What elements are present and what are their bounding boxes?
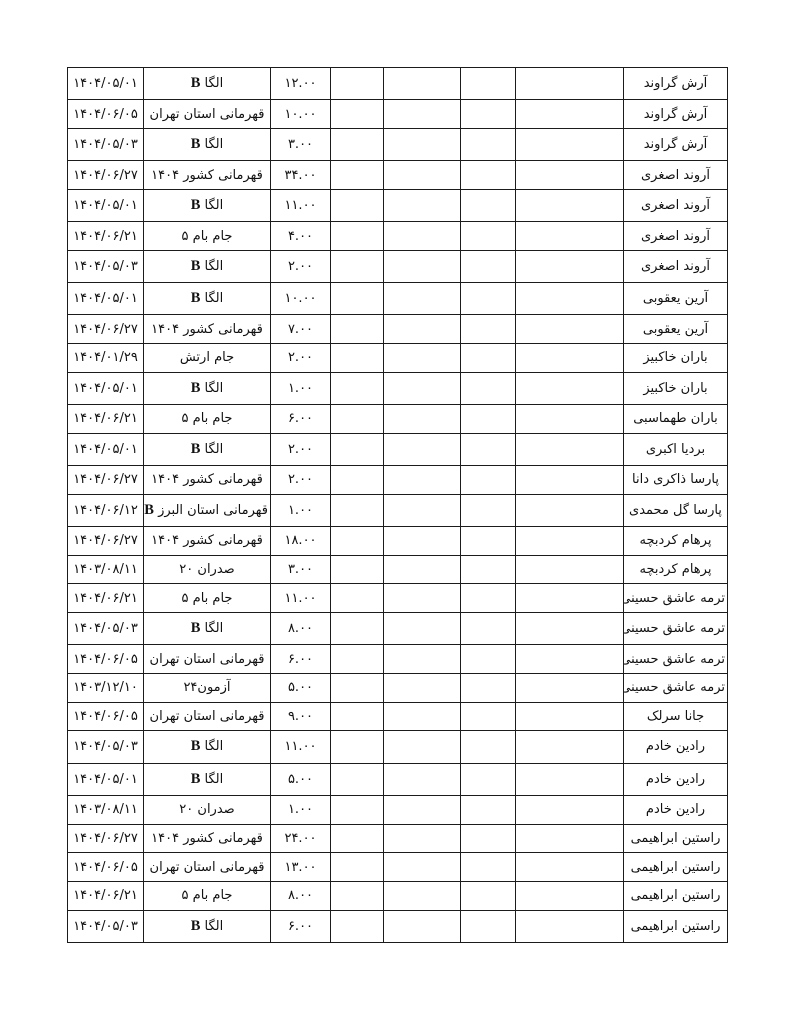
empty-cell bbox=[384, 189, 461, 221]
empty-cell bbox=[461, 613, 516, 645]
score-cell: ۸.۰۰ bbox=[271, 881, 331, 910]
empty-cell bbox=[461, 161, 516, 190]
date-cell: ۱۴۰۴/۰۶/۲۷ bbox=[68, 526, 144, 555]
empty-cell bbox=[461, 910, 516, 942]
score-cell: ۱۳.۰۰ bbox=[271, 853, 331, 882]
empty-cell bbox=[331, 613, 384, 645]
empty-cell bbox=[461, 494, 516, 526]
empty-cell bbox=[516, 645, 624, 674]
empty-cell bbox=[331, 344, 384, 373]
empty-cell bbox=[384, 433, 461, 465]
empty-cell bbox=[384, 555, 461, 584]
empty-cell bbox=[331, 494, 384, 526]
table-row: ۱۴۰۴/۰۶/۲۱جام بام ۵۶.۰۰باران طهماسبی bbox=[68, 405, 728, 434]
empty-cell bbox=[461, 824, 516, 853]
date-cell: ۱۴۰۴/۰۶/۰۵ bbox=[68, 645, 144, 674]
empty-cell bbox=[331, 555, 384, 584]
name-cell: رادین خادم bbox=[624, 763, 728, 795]
empty-cell bbox=[384, 763, 461, 795]
empty-cell bbox=[384, 824, 461, 853]
event-cell: جام بام ۵ bbox=[144, 222, 271, 251]
empty-cell bbox=[331, 795, 384, 824]
empty-cell bbox=[516, 853, 624, 882]
empty-cell bbox=[331, 881, 384, 910]
score-cell: ۷.۰۰ bbox=[271, 315, 331, 344]
empty-cell bbox=[516, 881, 624, 910]
score-cell: ۳.۰۰ bbox=[271, 128, 331, 160]
event-cell: صدران ۲۰ bbox=[144, 795, 271, 824]
table-row: ۱۴۰۴/۰۶/۲۱جام بام ۵۴.۰۰آروند اصغری bbox=[68, 222, 728, 251]
name-cell: راستین ابراهیمی bbox=[624, 881, 728, 910]
empty-cell bbox=[384, 910, 461, 942]
empty-cell bbox=[331, 853, 384, 882]
empty-cell bbox=[384, 673, 461, 702]
name-cell: آروند اصغری bbox=[624, 250, 728, 282]
table-row: ۱۴۰۴/۰۵/۰۱الگا B۱.۰۰باران خاکبیز bbox=[68, 372, 728, 404]
score-cell: ۱۱.۰۰ bbox=[271, 584, 331, 613]
empty-cell bbox=[461, 526, 516, 555]
score-cell: ۱.۰۰ bbox=[271, 494, 331, 526]
latin-grade-letter: B bbox=[191, 771, 201, 787]
empty-cell bbox=[516, 372, 624, 404]
name-cell: پرهام کردبچه bbox=[624, 555, 728, 584]
empty-cell bbox=[461, 881, 516, 910]
name-cell: باران خاکبیز bbox=[624, 344, 728, 373]
empty-cell bbox=[516, 910, 624, 942]
empty-cell bbox=[516, 433, 624, 465]
empty-cell bbox=[516, 100, 624, 129]
empty-cell bbox=[461, 68, 516, 100]
table-row: ۱۴۰۴/۰۵/۰۱الگا B۵.۰۰رادین خادم bbox=[68, 763, 728, 795]
empty-cell bbox=[461, 702, 516, 731]
empty-cell bbox=[516, 763, 624, 795]
table-row: ۱۴۰۴/۰۵/۰۳الگا B۶.۰۰راستین ابراهیمی bbox=[68, 910, 728, 942]
empty-cell bbox=[331, 100, 384, 129]
date-cell: ۱۴۰۴/۰۵/۰۱ bbox=[68, 763, 144, 795]
event-cell: الگا B bbox=[144, 250, 271, 282]
document-page: ۱۴۰۴/۰۵/۰۱الگا B۱۲.۰۰آرش گراوند۱۴۰۴/۰۶/۰… bbox=[0, 0, 791, 1024]
score-cell: ۱۸.۰۰ bbox=[271, 526, 331, 555]
empty-cell bbox=[384, 68, 461, 100]
empty-cell bbox=[384, 526, 461, 555]
latin-grade-letter: B bbox=[191, 380, 201, 396]
empty-cell bbox=[331, 824, 384, 853]
event-cell: قهرمانی کشور ۱۴۰۴ bbox=[144, 465, 271, 494]
score-cell: ۶.۰۰ bbox=[271, 645, 331, 674]
name-cell: آرش گراوند bbox=[624, 128, 728, 160]
date-cell: ۱۴۰۴/۰۶/۰۵ bbox=[68, 853, 144, 882]
empty-cell bbox=[461, 128, 516, 160]
empty-cell bbox=[331, 128, 384, 160]
empty-cell bbox=[384, 405, 461, 434]
name-cell: راستین ابراهیمی bbox=[624, 853, 728, 882]
empty-cell bbox=[384, 795, 461, 824]
table-row: ۱۴۰۴/۰۶/۲۷قهرمانی کشور ۱۴۰۴۲۴.۰۰راستین ا… bbox=[68, 824, 728, 853]
empty-cell bbox=[384, 161, 461, 190]
empty-cell bbox=[384, 100, 461, 129]
empty-cell bbox=[461, 372, 516, 404]
table-row: ۱۴۰۴/۰۵/۰۱الگا B۱۱.۰۰آروند اصغری bbox=[68, 189, 728, 221]
date-cell: ۱۴۰۴/۰۵/۰۳ bbox=[68, 910, 144, 942]
empty-cell bbox=[331, 584, 384, 613]
empty-cell bbox=[516, 128, 624, 160]
empty-cell bbox=[331, 645, 384, 674]
empty-cell bbox=[516, 283, 624, 315]
event-cell: الگا B bbox=[144, 910, 271, 942]
table-row: ۱۴۰۴/۰۵/۰۳الگا B۱۱.۰۰رادین خادم bbox=[68, 731, 728, 763]
empty-cell bbox=[461, 222, 516, 251]
table-row: ۱۴۰۴/۰۱/۲۹جام ارتش۲.۰۰باران خاکبیز bbox=[68, 344, 728, 373]
empty-cell bbox=[384, 315, 461, 344]
empty-cell bbox=[516, 613, 624, 645]
name-cell: پارسا گل محمدی bbox=[624, 494, 728, 526]
name-cell: آرین یعقوبی bbox=[624, 315, 728, 344]
event-cell: الگا B bbox=[144, 283, 271, 315]
empty-cell bbox=[331, 731, 384, 763]
empty-cell bbox=[461, 645, 516, 674]
empty-cell bbox=[331, 433, 384, 465]
empty-cell bbox=[384, 613, 461, 645]
empty-cell bbox=[331, 372, 384, 404]
date-cell: ۱۴۰۴/۰۶/۲۱ bbox=[68, 584, 144, 613]
event-cell: الگا B bbox=[144, 433, 271, 465]
name-cell: آروند اصغری bbox=[624, 161, 728, 190]
table-row: ۱۴۰۴/۰۶/۰۵قهرمانی استان تهران۱۳.۰۰راستین… bbox=[68, 853, 728, 882]
table-row: ۱۴۰۴/۰۵/۰۳الگا B۲.۰۰آروند اصغری bbox=[68, 250, 728, 282]
event-cell: قهرمانی استان البرز B bbox=[144, 494, 271, 526]
latin-grade-letter: B bbox=[191, 197, 201, 213]
empty-cell bbox=[461, 763, 516, 795]
score-cell: ۲.۰۰ bbox=[271, 465, 331, 494]
date-cell: ۱۴۰۴/۰۶/۲۷ bbox=[68, 315, 144, 344]
event-cell: الگا B bbox=[144, 68, 271, 100]
table-row: ۱۴۰۴/۰۶/۲۷قهرمانی کشور ۱۴۰۴۲.۰۰پارسا ذاک… bbox=[68, 465, 728, 494]
latin-grade-letter: B bbox=[191, 75, 201, 91]
date-cell: ۱۴۰۴/۰۵/۰۱ bbox=[68, 433, 144, 465]
results-table: ۱۴۰۴/۰۵/۰۱الگا B۱۲.۰۰آرش گراوند۱۴۰۴/۰۶/۰… bbox=[67, 67, 728, 943]
event-cell: قهرمانی کشور ۱۴۰۴ bbox=[144, 315, 271, 344]
score-cell: ۶.۰۰ bbox=[271, 910, 331, 942]
event-cell: الگا B bbox=[144, 128, 271, 160]
name-cell: آرش گراوند bbox=[624, 100, 728, 129]
date-cell: ۱۴۰۴/۰۶/۲۱ bbox=[68, 222, 144, 251]
empty-cell bbox=[461, 673, 516, 702]
empty-cell bbox=[516, 824, 624, 853]
date-cell: ۱۴۰۴/۰۶/۲۱ bbox=[68, 881, 144, 910]
event-cell: الگا B bbox=[144, 731, 271, 763]
empty-cell bbox=[461, 584, 516, 613]
name-cell: جانا سرلک bbox=[624, 702, 728, 731]
score-cell: ۲.۰۰ bbox=[271, 344, 331, 373]
event-cell: الگا B bbox=[144, 763, 271, 795]
empty-cell bbox=[516, 702, 624, 731]
empty-cell bbox=[384, 344, 461, 373]
empty-cell bbox=[516, 584, 624, 613]
date-cell: ۱۴۰۴/۰۶/۲۷ bbox=[68, 161, 144, 190]
table-row: ۱۴۰۳/۰۸/۱۱صدران ۲۰۳.۰۰پرهام کردبچه bbox=[68, 555, 728, 584]
date-cell: ۱۴۰۳/۰۸/۱۱ bbox=[68, 795, 144, 824]
event-cell: قهرمانی استان تهران bbox=[144, 853, 271, 882]
empty-cell bbox=[461, 465, 516, 494]
table-row: ۱۴۰۴/۰۵/۰۱الگا B۲.۰۰بردیا اکبری bbox=[68, 433, 728, 465]
empty-cell bbox=[331, 161, 384, 190]
score-cell: ۱۰.۰۰ bbox=[271, 283, 331, 315]
empty-cell bbox=[331, 763, 384, 795]
event-cell: قهرمانی کشور ۱۴۰۴ bbox=[144, 824, 271, 853]
date-cell: ۱۴۰۴/۰۶/۰۵ bbox=[68, 100, 144, 129]
name-cell: آرین یعقوبی bbox=[624, 283, 728, 315]
empty-cell bbox=[516, 161, 624, 190]
event-cell: قهرمانی استان تهران bbox=[144, 702, 271, 731]
date-cell: ۱۴۰۴/۰۵/۰۱ bbox=[68, 189, 144, 221]
empty-cell bbox=[384, 731, 461, 763]
empty-cell bbox=[516, 189, 624, 221]
event-cell: الگا B bbox=[144, 613, 271, 645]
empty-cell bbox=[331, 673, 384, 702]
event-cell: قهرمانی استان تهران bbox=[144, 100, 271, 129]
empty-cell bbox=[384, 584, 461, 613]
date-cell: ۱۴۰۴/۰۵/۰۳ bbox=[68, 731, 144, 763]
table-row: ۱۴۰۴/۰۶/۰۵قهرمانی استان تهران۶.۰۰ترمه عا… bbox=[68, 645, 728, 674]
table-row: ۱۴۰۴/۰۵/۰۳الگا B۸.۰۰ترمه عاشق حسینی bbox=[68, 613, 728, 645]
empty-cell bbox=[461, 344, 516, 373]
date-cell: ۱۴۰۳/۱۲/۱۰ bbox=[68, 673, 144, 702]
name-cell: باران طهماسبی bbox=[624, 405, 728, 434]
event-cell: الگا B bbox=[144, 372, 271, 404]
date-cell: ۱۴۰۴/۰۶/۱۲ bbox=[68, 494, 144, 526]
latin-grade-letter: B bbox=[191, 441, 201, 457]
score-cell: ۵.۰۰ bbox=[271, 673, 331, 702]
name-cell: آرش گراوند bbox=[624, 68, 728, 100]
empty-cell bbox=[516, 222, 624, 251]
empty-cell bbox=[516, 405, 624, 434]
table-row: ۱۴۰۴/۰۶/۲۷قهرمانی کشور ۱۴۰۴۷.۰۰آرین یعقو… bbox=[68, 315, 728, 344]
event-cell: قهرمانی کشور ۱۴۰۴ bbox=[144, 161, 271, 190]
empty-cell bbox=[384, 645, 461, 674]
empty-cell bbox=[461, 853, 516, 882]
empty-cell bbox=[461, 250, 516, 282]
table-row: ۱۴۰۴/۰۵/۰۱الگا B۱۲.۰۰آرش گراوند bbox=[68, 68, 728, 100]
name-cell: آروند اصغری bbox=[624, 189, 728, 221]
score-cell: ۵.۰۰ bbox=[271, 763, 331, 795]
empty-cell bbox=[461, 795, 516, 824]
name-cell: پرهام کردبچه bbox=[624, 526, 728, 555]
empty-cell bbox=[461, 100, 516, 129]
event-cell: قهرمانی کشور ۱۴۰۴ bbox=[144, 526, 271, 555]
empty-cell bbox=[384, 372, 461, 404]
empty-cell bbox=[461, 189, 516, 221]
table-row: ۱۴۰۴/۰۵/۰۳الگا B۳.۰۰آرش گراوند bbox=[68, 128, 728, 160]
empty-cell bbox=[461, 315, 516, 344]
empty-cell bbox=[384, 881, 461, 910]
event-cell: جام بام ۵ bbox=[144, 405, 271, 434]
date-cell: ۱۴۰۴/۰۵/۰۳ bbox=[68, 250, 144, 282]
results-table-body: ۱۴۰۴/۰۵/۰۱الگا B۱۲.۰۰آرش گراوند۱۴۰۴/۰۶/۰… bbox=[68, 68, 728, 943]
empty-cell bbox=[331, 526, 384, 555]
empty-cell bbox=[384, 465, 461, 494]
empty-cell bbox=[461, 555, 516, 584]
latin-grade-letter: B bbox=[191, 738, 201, 754]
date-cell: ۱۴۰۴/۰۶/۲۷ bbox=[68, 465, 144, 494]
latin-grade-letter: B bbox=[191, 918, 201, 934]
event-cell: آزمون۲۴ bbox=[144, 673, 271, 702]
empty-cell bbox=[331, 250, 384, 282]
table-row: ۱۴۰۳/۱۲/۱۰آزمون۲۴۵.۰۰ترمه عاشق حسینی bbox=[68, 673, 728, 702]
empty-cell bbox=[516, 555, 624, 584]
empty-cell bbox=[331, 405, 384, 434]
empty-cell bbox=[384, 250, 461, 282]
empty-cell bbox=[516, 315, 624, 344]
score-cell: ۹.۰۰ bbox=[271, 702, 331, 731]
name-cell: بردیا اکبری bbox=[624, 433, 728, 465]
event-cell: صدران ۲۰ bbox=[144, 555, 271, 584]
date-cell: ۱۴۰۴/۰۱/۲۹ bbox=[68, 344, 144, 373]
name-cell: باران خاکبیز bbox=[624, 372, 728, 404]
empty-cell bbox=[516, 494, 624, 526]
latin-grade-letter: B bbox=[191, 136, 201, 152]
date-cell: ۱۴۰۴/۰۶/۰۵ bbox=[68, 702, 144, 731]
score-cell: ۲۴.۰۰ bbox=[271, 824, 331, 853]
score-cell: ۸.۰۰ bbox=[271, 613, 331, 645]
empty-cell bbox=[331, 315, 384, 344]
empty-cell bbox=[516, 731, 624, 763]
date-cell: ۱۴۰۴/۰۵/۰۳ bbox=[68, 613, 144, 645]
empty-cell bbox=[384, 222, 461, 251]
empty-cell bbox=[331, 189, 384, 221]
empty-cell bbox=[384, 283, 461, 315]
score-cell: ۱۱.۰۰ bbox=[271, 731, 331, 763]
table-row: ۱۴۰۴/۰۶/۲۱جام بام ۵۱۱.۰۰ترمه عاشق حسینی bbox=[68, 584, 728, 613]
event-cell: الگا B bbox=[144, 189, 271, 221]
date-cell: ۱۴۰۴/۰۵/۰۱ bbox=[68, 372, 144, 404]
latin-grade-letter: B bbox=[191, 620, 201, 636]
name-cell: پارسا ذاکری دانا bbox=[624, 465, 728, 494]
table-row: ۱۴۰۴/۰۶/۱۲قهرمانی استان البرز B۱.۰۰پارسا… bbox=[68, 494, 728, 526]
empty-cell bbox=[516, 795, 624, 824]
name-cell: ترمه عاشق حسینی bbox=[624, 584, 728, 613]
empty-cell bbox=[331, 702, 384, 731]
score-cell: ۲.۰۰ bbox=[271, 250, 331, 282]
empty-cell bbox=[461, 405, 516, 434]
name-cell: راستین ابراهیمی bbox=[624, 910, 728, 942]
latin-grade-letter: B bbox=[191, 258, 201, 274]
date-cell: ۱۴۰۴/۰۶/۲۷ bbox=[68, 824, 144, 853]
score-cell: ۴.۰۰ bbox=[271, 222, 331, 251]
table-row: ۱۴۰۴/۰۶/۰۵قهرمانی استان تهران۹.۰۰جانا سر… bbox=[68, 702, 728, 731]
name-cell: آروند اصغری bbox=[624, 222, 728, 251]
score-cell: ۲.۰۰ bbox=[271, 433, 331, 465]
empty-cell bbox=[331, 910, 384, 942]
event-cell: جام بام ۵ bbox=[144, 584, 271, 613]
date-cell: ۱۴۰۴/۰۶/۲۱ bbox=[68, 405, 144, 434]
empty-cell bbox=[516, 673, 624, 702]
empty-cell bbox=[516, 250, 624, 282]
empty-cell bbox=[516, 465, 624, 494]
score-cell: ۱۰.۰۰ bbox=[271, 100, 331, 129]
score-cell: ۱.۰۰ bbox=[271, 372, 331, 404]
date-cell: ۱۴۰۴/۰۵/۰۳ bbox=[68, 128, 144, 160]
empty-cell bbox=[331, 283, 384, 315]
date-cell: ۱۴۰۳/۰۸/۱۱ bbox=[68, 555, 144, 584]
empty-cell bbox=[516, 526, 624, 555]
name-cell: رادین خادم bbox=[624, 795, 728, 824]
empty-cell bbox=[384, 128, 461, 160]
score-cell: ۶.۰۰ bbox=[271, 405, 331, 434]
name-cell: رادین خادم bbox=[624, 731, 728, 763]
table-row: ۱۴۰۴/۰۵/۰۱الگا B۱۰.۰۰آرین یعقوبی bbox=[68, 283, 728, 315]
table-row: ۱۴۰۴/۰۶/۲۷قهرمانی کشور ۱۴۰۴۱۸.۰۰پرهام کر… bbox=[68, 526, 728, 555]
score-cell: ۱۲.۰۰ bbox=[271, 68, 331, 100]
empty-cell bbox=[461, 433, 516, 465]
score-cell: ۱۱.۰۰ bbox=[271, 189, 331, 221]
score-cell: ۳.۰۰ bbox=[271, 555, 331, 584]
empty-cell bbox=[384, 702, 461, 731]
score-cell: ۱.۰۰ bbox=[271, 795, 331, 824]
score-cell: ۳۴.۰۰ bbox=[271, 161, 331, 190]
empty-cell bbox=[384, 494, 461, 526]
latin-grade-letter: B bbox=[191, 290, 201, 306]
name-cell: راستین ابراهیمی bbox=[624, 824, 728, 853]
empty-cell bbox=[384, 853, 461, 882]
name-cell: ترمه عاشق حسینی bbox=[624, 613, 728, 645]
name-cell: ترمه عاشق حسینی bbox=[624, 645, 728, 674]
event-cell: جام بام ۵ bbox=[144, 881, 271, 910]
table-row: ۱۴۰۴/۰۶/۲۷قهرمانی کشور ۱۴۰۴۳۴.۰۰آروند اص… bbox=[68, 161, 728, 190]
empty-cell bbox=[516, 68, 624, 100]
name-cell: ترمه عاشق حسینی bbox=[624, 673, 728, 702]
event-cell: قهرمانی استان تهران bbox=[144, 645, 271, 674]
table-row: ۱۴۰۴/۰۶/۰۵قهرمانی استان تهران۱۰.۰۰آرش گر… bbox=[68, 100, 728, 129]
empty-cell bbox=[461, 283, 516, 315]
event-cell: جام ارتش bbox=[144, 344, 271, 373]
empty-cell bbox=[331, 465, 384, 494]
table-row: ۱۴۰۳/۰۸/۱۱صدران ۲۰۱.۰۰رادین خادم bbox=[68, 795, 728, 824]
latin-grade-letter: B bbox=[144, 502, 154, 518]
date-cell: ۱۴۰۴/۰۵/۰۱ bbox=[68, 283, 144, 315]
empty-cell bbox=[461, 731, 516, 763]
table-row: ۱۴۰۴/۰۶/۲۱جام بام ۵۸.۰۰راستین ابراهیمی bbox=[68, 881, 728, 910]
empty-cell bbox=[516, 344, 624, 373]
empty-cell bbox=[331, 222, 384, 251]
empty-cell bbox=[331, 68, 384, 100]
date-cell: ۱۴۰۴/۰۵/۰۱ bbox=[68, 68, 144, 100]
